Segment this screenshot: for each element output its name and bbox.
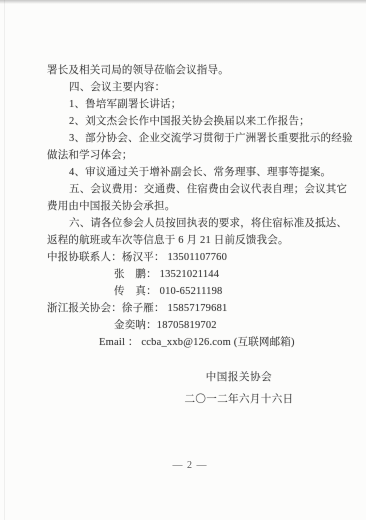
signature-date: 二〇一二年六月十六日: [139, 391, 339, 406]
page-number: — 2 —: [150, 460, 230, 471]
body-line: 做法和学习体会；: [47, 147, 351, 164]
body-line: 传 真： 010-65211198: [114, 283, 351, 300]
body-line: 2、刘文杰会长作中国报关协会换届以来工作报告；: [69, 113, 351, 130]
body-line: 张 鹏： 13521021144: [114, 266, 351, 283]
body-line: 1、鲁培军副署长讲话；: [69, 96, 351, 113]
body-line: 返程的航班或车次等信息于 6 月 21 日前反馈我会。: [47, 232, 351, 249]
body-line: Email ： ccba_xxb@126.com (互联网邮箱): [99, 334, 351, 351]
body-line: 四、会议主要内容：: [69, 79, 351, 96]
document-body: 署长及相关司局的领导莅临会议指导。四、会议主要内容：1、鲁培军副署长讲话；2、刘…: [47, 62, 351, 351]
body-line: 金奕呐：18705819702: [114, 317, 351, 334]
signature-block: 中国报关协会 二〇一二年六月十六日: [139, 369, 339, 406]
body-line: 浙江报关协会：徐子雁： 15857179681: [47, 300, 351, 317]
scanned-document-page: 署长及相关司局的领导莅临会议指导。四、会议主要内容：1、鲁培军副署长讲话；2、刘…: [0, 0, 366, 520]
body-line: 署长及相关司局的领导莅临会议指导。: [47, 62, 351, 79]
signature-organization: 中国报关协会: [139, 369, 339, 384]
body-line: 中报协联系人：杨汉平： 13501107760: [47, 249, 351, 266]
body-line: 五、会议费用：交通费、住宿费由会议代表自理；会议其它: [69, 181, 351, 198]
body-line: 六、请各位参会人员按回执表的要求，将住宿标准及抵达、: [69, 215, 351, 232]
body-line: 费用由中国报关协会承担。: [47, 198, 351, 215]
body-line: 4、审议通过关于增补副会长、常务理事、理事等提案。: [69, 164, 351, 181]
body-line: 3、部分协会、企业交流学习贯彻于广洲署长重要批示的经验: [69, 130, 351, 147]
